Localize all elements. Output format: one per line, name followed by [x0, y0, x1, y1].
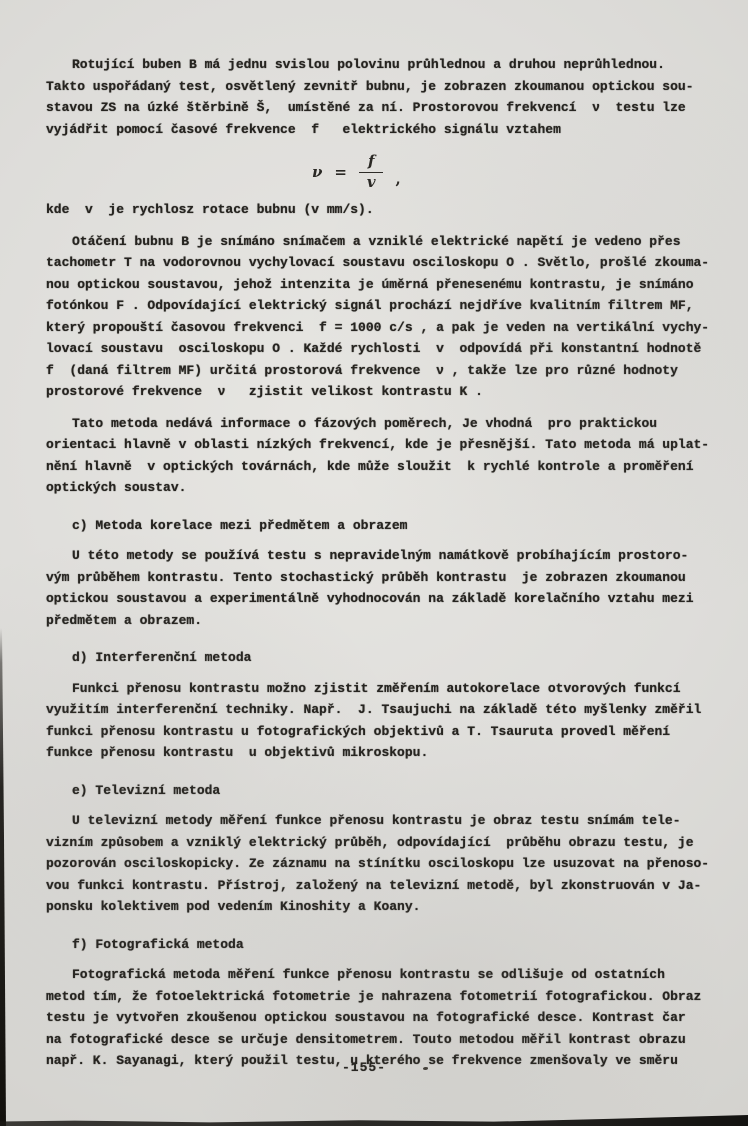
text-line: U této metody se používá testu s nepravi… [46, 545, 730, 567]
text-line: využitím interferenční techniky. Např. J… [46, 699, 730, 721]
text-line: prostorové frekvence ν zjistit velikost … [46, 381, 730, 403]
paragraph-method-evaluation: Tato metoda nedává informace o fázových … [46, 413, 730, 499]
text-line: optických soustav. [46, 477, 730, 499]
scan-artifact-bottom-edge [0, 1114, 748, 1126]
text-line: testu je vytvořen zkoušenou optickou sou… [46, 1007, 730, 1029]
text-line: metod tím, že fotoelektrická fotometrie … [46, 986, 730, 1008]
paragraph-kde-rychlost: kde v je rychlosz rotace bubnu (v mm/s). [46, 199, 730, 221]
text-line: Rotující buben B má jednu svislou polovi… [46, 54, 730, 76]
text-line: funkce přenosu kontrastu u objektivů mik… [46, 742, 730, 764]
text-line: Funkci přenosu kontrastu možno zjistit z… [46, 678, 730, 700]
text-line: na fotografické desce se určuje densitom… [46, 1029, 730, 1051]
text-line: tachometr T na vodorovnou vychylovací so… [46, 252, 730, 274]
formula-nu-symbol: ν [312, 163, 322, 181]
heading-c-correlation-method: c) Metoda korelace mezi předmětem a obra… [72, 515, 730, 537]
paragraph-correlation-method: U této metody se používá testu s nepravi… [46, 545, 730, 631]
paragraph-interference-method: Funkci přenosu kontrastu možno zjistit z… [46, 678, 730, 764]
text-line: pozorován osciloskopicky. Ze záznamu na … [46, 853, 730, 875]
text-line: U televizní metody měření funkce přenosu… [46, 810, 730, 832]
text-line: nou optickou soustavou, jehož intenzita … [46, 274, 730, 296]
formula-denominator: v [367, 173, 376, 191]
heading-d-interference-method: d) Interferenční metoda [72, 647, 730, 669]
text-line: lovací soustavu osciloskopu O . Každé ry… [46, 338, 730, 360]
formula-trailing-comma: , [395, 170, 400, 194]
text-line: optickou soustavou a experimentálně vyho… [46, 588, 730, 610]
text-line: Takto uspořádaný test, osvětlený zevnitř… [46, 76, 730, 98]
text-line: vou funkci kontrastu. Přístroj, založený… [46, 875, 730, 897]
text-line: vým průběhem kontrastu. Tento stochastic… [46, 567, 730, 589]
scan-speck [423, 1067, 428, 1070]
text-line: vyjádřit pomocí časové frekvence f elekt… [46, 119, 730, 141]
formula-numerator: f [359, 154, 383, 173]
page-number: -155- [0, 1060, 738, 1075]
text-line: ponsku kolektivem pod vedením Kinoshity … [46, 896, 730, 918]
formula-nu-equals-f-over-v: ν=fv, [312, 150, 730, 194]
document-page: Rotující buben B má jednu svislou polovi… [0, 0, 748, 1126]
text-line: který propouští časovou frekvenci f = 10… [46, 317, 730, 339]
text-flow: Rotující buben B má jednu svislou polovi… [46, 54, 730, 1082]
text-line: f (daná filtrem MF) určitá prostorová fr… [46, 360, 730, 382]
text-line: Tato metoda nedává informace o fázových … [46, 413, 730, 435]
text-line: nění hlavně v optických továrnách, kde m… [46, 456, 730, 478]
paragraph-photographic-method: Fotografická metoda měření funkce přenos… [46, 964, 730, 1072]
text-line: orientaci hlavně v oblasti nízkých frekv… [46, 434, 730, 456]
scan-artifact-left-edge [0, 628, 6, 1126]
formula-equals-sign: = [334, 163, 347, 181]
paragraph-rotating-drum: Rotující buben B má jednu svislou polovi… [46, 54, 730, 140]
heading-e-television-method: e) Televizní metoda [72, 780, 730, 802]
text-line: kde v je rychlosz rotace bubnu (v mm/s). [46, 199, 730, 221]
text-line: Fotografická metoda měření funkce přenos… [46, 964, 730, 986]
text-line: funkci přenosu kontrastu u fotografickýc… [46, 721, 730, 743]
text-line: Otáčení bubnu B je snímáno snímačem a vz… [46, 231, 730, 253]
paragraph-television-method: U televizní metody měření funkce přenosu… [46, 810, 730, 918]
heading-f-photographic-method: f) Fotografická metoda [72, 934, 730, 956]
text-line: fotónkou F . Odpovídající elektrický sig… [46, 295, 730, 317]
text-line: stavou ZS na úzké štěrbině Š, umístěné z… [46, 97, 730, 119]
formula-fraction: fv [359, 154, 383, 191]
text-line: vizním způsobem a vzniklý elektrický prů… [46, 832, 730, 854]
text-line: předmětem a obrazem. [46, 610, 730, 632]
paragraph-drum-rotation-measurement: Otáčení bubnu B je snímáno snímačem a vz… [46, 231, 730, 403]
